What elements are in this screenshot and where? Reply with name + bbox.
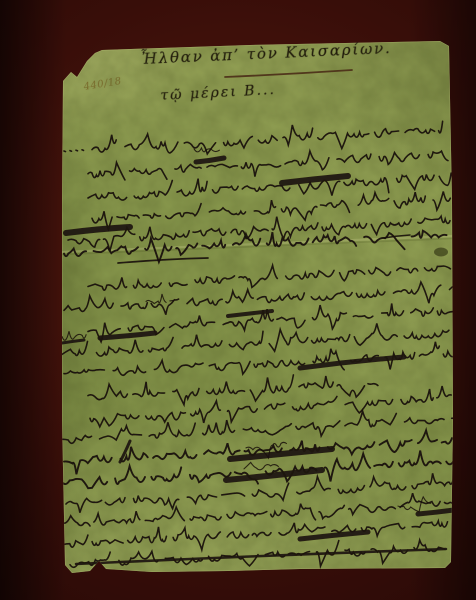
manuscript-photo: Ἦλθαν ἀπ’ τὸν Καισαρίων. 440/18 τῷ μέρει… <box>0 0 476 600</box>
